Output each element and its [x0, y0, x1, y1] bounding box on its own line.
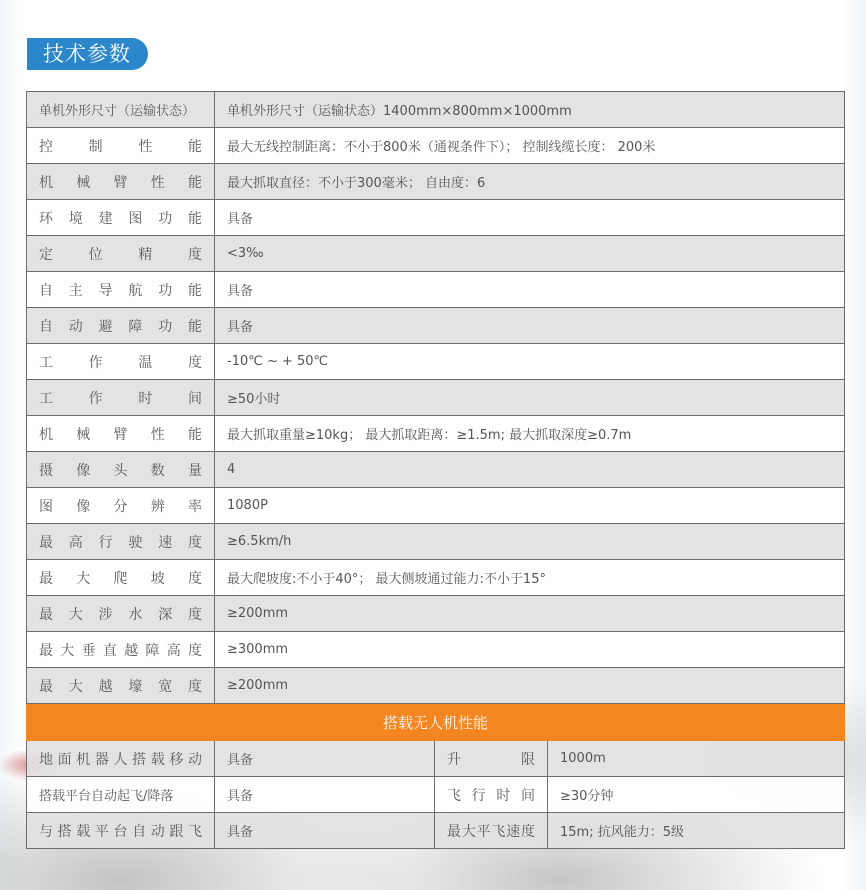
spec-label: 控制性能	[27, 128, 215, 164]
spec-label: 工作时间	[27, 380, 215, 416]
spec-label: 机械臂性能	[27, 416, 215, 452]
spec-label: 最大垂直越障高度	[27, 632, 215, 668]
table-row: 与搭载平台自动跟飞 具备 最大平飞速度 15m; 抗风能力：5级	[27, 813, 845, 849]
table-row: 最高行驶速度 ≥6.5km/h	[27, 524, 845, 560]
table-row: 环境建图功能 具备	[27, 200, 845, 236]
spec-value: 最大爬坡度:不小于40°； 最大侧坡通过能力:不小于15°	[215, 560, 845, 596]
spec-label: 单机外形尺寸（运输状态）	[27, 92, 215, 128]
drone-label: 搭载平台自动起飞/降落	[27, 777, 215, 813]
drone-value: ≥30分钟	[548, 777, 845, 813]
table-row: 摄像头数量 4	[27, 452, 845, 488]
spec-label: 摄像头数量	[27, 452, 215, 488]
spec-label: 最大爬坡度	[27, 560, 215, 596]
drone-value: 具备	[215, 813, 435, 849]
spec-value: 具备	[215, 308, 845, 344]
table-row: 最大垂直越障高度 ≥300mm	[27, 632, 845, 668]
spec-label: 定位精度	[27, 236, 215, 272]
drone-value: 具备	[215, 741, 435, 777]
spec-value: 具备	[215, 200, 845, 236]
spec-value: -10℃ ~ + 50℃	[215, 344, 845, 380]
table-row: 工作温度 -10℃ ~ + 50℃	[27, 344, 845, 380]
spec-label: 最大涉水深度	[27, 596, 215, 632]
table-row: 控制性能 最大无线控制距离：不小于800米（通视条件下）； 控制线缆长度： 20…	[27, 128, 845, 164]
spec-label: 工作温度	[27, 344, 215, 380]
spec-label: 自动避障功能	[27, 308, 215, 344]
drone-value: 1000m	[548, 741, 845, 777]
table-row: 最大涉水深度 ≥200mm	[27, 596, 845, 632]
spec-value: 4	[215, 452, 845, 488]
drone-value: 15m; 抗风能力：5级	[548, 813, 845, 849]
table-row: 图像分辨率 1080P	[27, 488, 845, 524]
spec-value: 单机外形尺寸（运输状态）1400mm×800mm×1000mm	[215, 92, 845, 128]
spec-value: 最大抓取直径：不小于300毫米； 自由度：6	[215, 164, 845, 200]
spec-value: 最大抓取重量≥10kg； 最大抓取距离：≥1.5m; 最大抓取深度≥0.7m	[215, 416, 845, 452]
spec-label: 最大越壕宽度	[27, 668, 215, 704]
spec-label: 环境建图功能	[27, 200, 215, 236]
drone-label: 飞行时间	[435, 777, 548, 813]
table-row: 工作时间 ≥50小时	[27, 380, 845, 416]
spec-label: 自主导航功能	[27, 272, 215, 308]
drone-value: 具备	[215, 777, 435, 813]
table-row: 最大爬坡度 最大爬坡度:不小于40°； 最大侧坡通过能力:不小于15°	[27, 560, 845, 596]
table-row: 搭载平台自动起飞/降落 具备 飞行时间 ≥30分钟	[27, 777, 845, 813]
drone-label: 升限	[435, 741, 548, 777]
table-row: 机械臂性能 最大抓取直径：不小于300毫米； 自由度：6	[27, 164, 845, 200]
section-title: 技术参数	[27, 38, 148, 70]
drone-label: 与搭载平台自动跟飞	[27, 813, 215, 849]
drone-label: 地面机器人搭载移动	[27, 741, 215, 777]
drone-section-header: 搭载无人机性能	[27, 704, 845, 741]
spec-value: ≥6.5km/h	[215, 524, 845, 560]
spec-value: ≥200mm	[215, 596, 845, 632]
table-row: 自动避障功能 具备	[27, 308, 845, 344]
table-row: 机械臂性能 最大抓取重量≥10kg； 最大抓取距离：≥1.5m; 最大抓取深度≥…	[27, 416, 845, 452]
spec-value: 1080P	[215, 488, 845, 524]
spec-label: 图像分辨率	[27, 488, 215, 524]
spec-value: ≥200mm	[215, 668, 845, 704]
spec-value: ≥300mm	[215, 632, 845, 668]
spec-value: 具备	[215, 272, 845, 308]
spec-value: 最大无线控制距离：不小于800米（通视条件下）； 控制线缆长度： 200米	[215, 128, 845, 164]
spec-value: <3‰	[215, 236, 845, 272]
spec-value: ≥50小时	[215, 380, 845, 416]
drone-label: 最大平飞速度	[435, 813, 548, 849]
table-row: 地面机器人搭载移动 具备 升限 1000m	[27, 741, 845, 777]
table-row: 单机外形尺寸（运输状态） 单机外形尺寸（运输状态）1400mm×800mm×10…	[27, 92, 845, 128]
table-row: 最大越壕宽度 ≥200mm	[27, 668, 845, 704]
table-row: 自主导航功能 具备	[27, 272, 845, 308]
spec-label: 机械臂性能	[27, 164, 215, 200]
spec-label: 最高行驶速度	[27, 524, 215, 560]
table-row: 定位精度 <3‰	[27, 236, 845, 272]
spec-table: 单机外形尺寸（运输状态） 单机外形尺寸（运输状态）1400mm×800mm×10…	[26, 91, 845, 849]
drone-section-title: 搭载无人机性能	[27, 704, 845, 741]
